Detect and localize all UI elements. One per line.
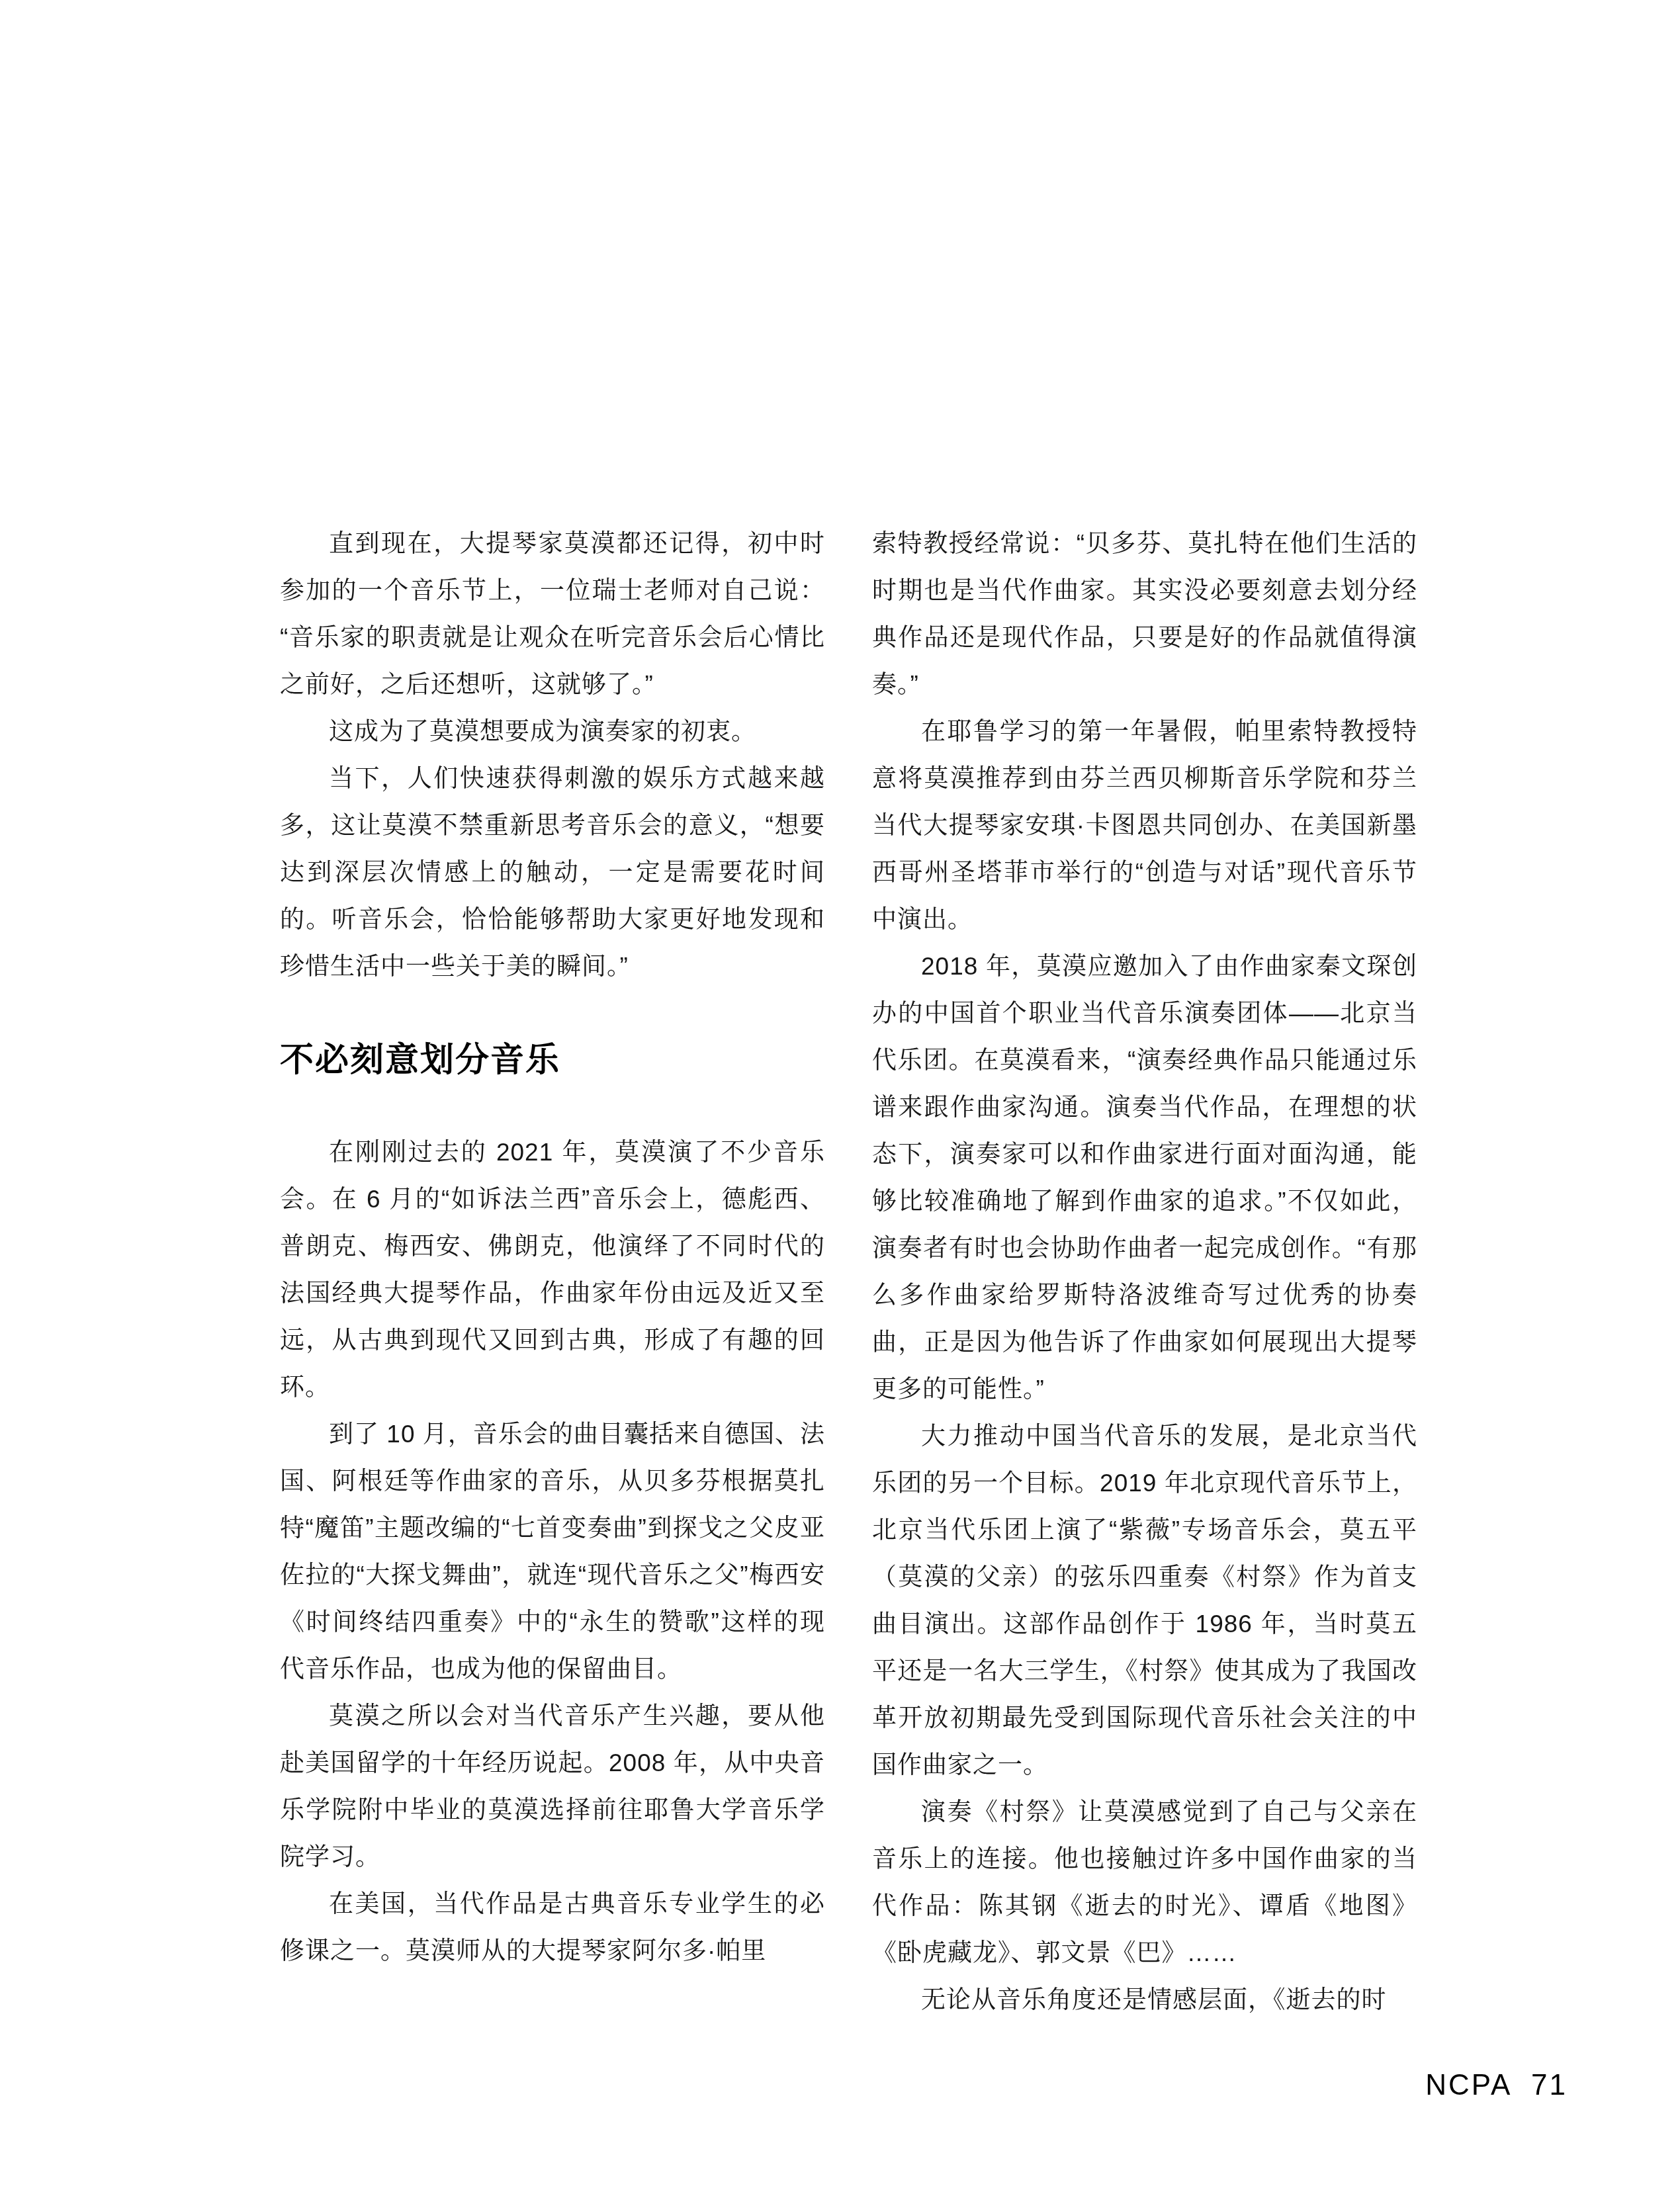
paragraph: 在耶鲁学习的第一年暑假，帕里索特教授特意将莫漠推荐到由芬兰西贝柳斯音乐学院和芬兰… [872,708,1417,943]
paragraph: 当下，人们快速获得刺激的娱乐方式越来越多，这让莫漠不禁重新思考音乐会的意义，“想… [280,755,825,990]
paragraph: 大力推动中国当代音乐的发展，是北京当代乐团的另一个目标。2019 年北京现代音乐… [872,1413,1417,1788]
paragraph: 这成为了莫漠想要成为演奏家的初衷。 [280,708,825,755]
paragraph: 到了 10 月，音乐会的曲目囊括来自德国、法国、阿根廷等作曲家的音乐，从贝多芬根… [280,1411,825,1692]
paragraph-continued: 索特教授经常说：“贝多芬、莫扎特在他们生活的时期也是当代作曲家。其实没必要刻意去… [872,520,1417,708]
left-column: 直到现在，大提琴家莫漠都还记得，初中时参加的一个音乐节上，一位瑞士老师对自己说：… [280,520,825,1974]
section-heading: 不必刻意划分音乐 [280,1032,825,1088]
paragraph: 直到现在，大提琴家莫漠都还记得，初中时参加的一个音乐节上，一位瑞士老师对自己说：… [280,520,825,708]
paragraph: 在美国，当代作品是古典音乐专业学生的必修课之一。莫漠师从的大提琴家阿尔多·帕里 [280,1880,825,1974]
magazine-page: 直到现在，大提琴家莫漠都还记得，初中时参加的一个音乐节上，一位瑞士老师对自己说：… [0,0,1680,2188]
paragraph: 莫漠之所以会对当代音乐产生兴趣，要从他赴美国留学的十年经历说起。2008 年，从… [280,1692,825,1880]
page-footer: NCPA 71 [1425,2068,1568,2103]
paragraph: 演奏《村祭》让莫漠感觉到了自己与父亲在音乐上的连接。他也接触过许多中国作曲家的当… [872,1788,1417,1976]
paragraph: 无论从音乐角度还是情感层面，《逝去的时 [872,1976,1417,2023]
paragraph: 在刚刚过去的 2021 年，莫漠演了不少音乐会。在 6 月的“如诉法兰西”音乐会… [280,1129,825,1411]
right-column: 索特教授经常说：“贝多芬、莫扎特在他们生活的时期也是当代作曲家。其实没必要刻意去… [872,520,1417,2023]
paragraph: 2018 年，莫漠应邀加入了由作曲家秦文琛创办的中国首个职业当代音乐演奏团体——… [872,943,1417,1413]
page-number: NCPA 71 [1425,2069,1568,2101]
